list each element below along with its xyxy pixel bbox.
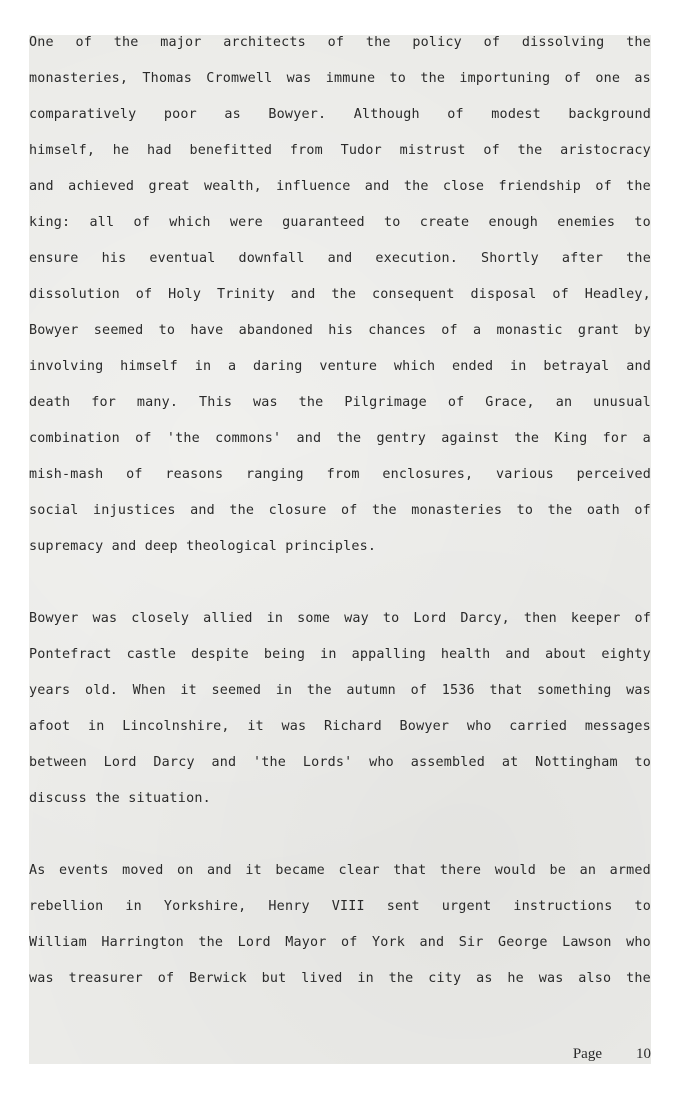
- text-line: WilliamHarringtontheLordMayorofYorkandSi…: [29, 935, 651, 971]
- text-line: Aseventsmovedonanditbecameclearthatthere…: [29, 863, 651, 899]
- text-line: BowyerwascloselyalliedinsomewaytoLordDar…: [29, 611, 651, 647]
- text-line: Oneofthemajorarchitectsofthepolicyofdiss…: [29, 35, 651, 71]
- text-line: mish-mashofreasonsrangingfromenclosures,…: [29, 467, 651, 503]
- paragraph: BowyerwascloselyalliedinsomewaytoLordDar…: [29, 611, 651, 827]
- text-line: ensurehiseventualdownfallandexecution.Sh…: [29, 251, 651, 287]
- paragraph: Oneofthemajorarchitectsofthepolicyofdiss…: [29, 35, 651, 575]
- text-line: discussthesituation.: [29, 791, 651, 827]
- text-line: supremacyanddeeptheologicalprinciples.: [29, 539, 651, 575]
- text-line: himself,hehadbenefittedfromTudormistrust…: [29, 143, 651, 179]
- text-line: king:allofwhichwereguaranteedtocreateeno…: [29, 215, 651, 251]
- text-line: yearsold.Whenitseemedintheautumnof1536th…: [29, 683, 651, 719]
- text-line: comparativelypoorasBowyer.Althoughofmode…: [29, 107, 651, 143]
- text-line: afootinLincolnshire,itwasRichardBowyerwh…: [29, 719, 651, 755]
- text-line: Pontefractcastledespitebeinginappallingh…: [29, 647, 651, 683]
- text-line: betweenLordDarcyand'theLords'whoassemble…: [29, 755, 651, 791]
- text-line: rebellioninYorkshire,HenryVIIIsenturgent…: [29, 899, 651, 935]
- text-line: deathformany.ThiswasthePilgrimageofGrace…: [29, 395, 651, 431]
- text-line: socialinjusticesandtheclosureofthemonast…: [29, 503, 651, 539]
- text-line: monasteries,ThomasCromwellwasimmunetothe…: [29, 71, 651, 107]
- paragraph: Aseventsmovedonanditbecameclearthatthere…: [29, 863, 651, 1007]
- page-number: 10: [636, 1046, 651, 1063]
- paragraph-gap: [29, 575, 651, 611]
- text-line: involvinghimselfinadaringventurewhichend…: [29, 359, 651, 395]
- text-line: Bowyerseemedtohaveabandonedhischancesofa…: [29, 323, 651, 359]
- text-line: dissolutionofHolyTrinityandtheconsequent…: [29, 287, 651, 323]
- text-line: andachievedgreatwealth,influenceandthecl…: [29, 179, 651, 215]
- page-label: Page: [573, 1046, 602, 1063]
- page-footer: Page 10: [29, 1046, 651, 1063]
- text-line: combinationof'thecommons'andthegentryaga…: [29, 431, 651, 467]
- text-line: wastreasurerofBerwickbutlivedinthecityas…: [29, 971, 651, 1007]
- document-body: Oneofthemajorarchitectsofthepolicyofdiss…: [29, 35, 651, 1007]
- document-page: Oneofthemajorarchitectsofthepolicyofdiss…: [29, 35, 651, 1064]
- paragraph-gap: [29, 827, 651, 863]
